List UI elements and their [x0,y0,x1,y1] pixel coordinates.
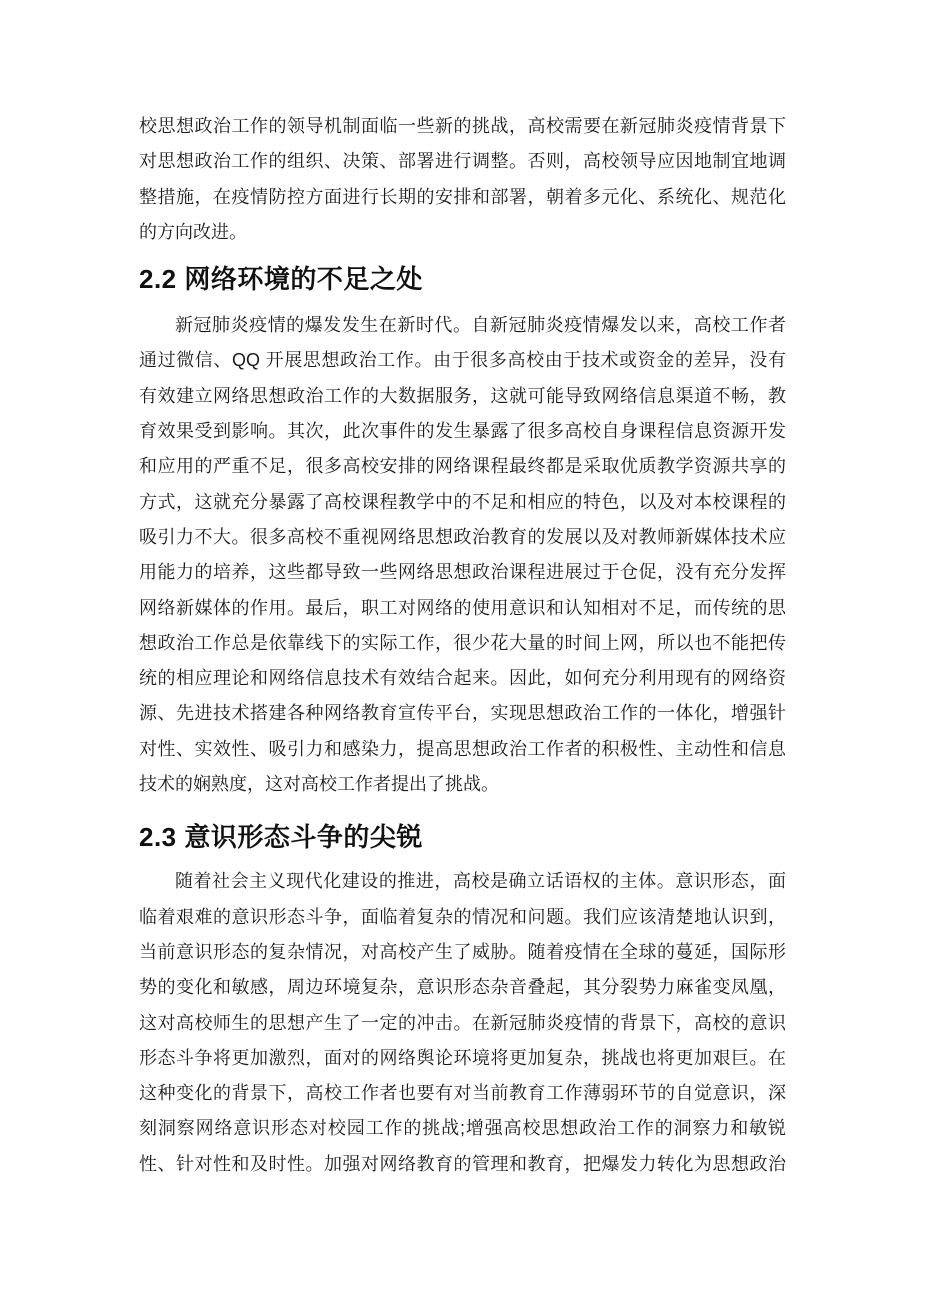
text-line: 技术的娴熟度，这对高校工作者提出了挑战。 [139,767,786,802]
document-page: 校思想政治工作的领导机制面临一些新的挑战，高校需要在新冠肺炎疫情背景下对思想政治… [0,0,925,1308]
text-line: 通过微信、QQ 开展思想政治工作。由于很多高校由于技术或资金的差异，没有 [139,343,786,378]
text-line: 这对高校师生的思想产生了一定的冲击。在新冠肺炎疫情的背景下，高校的意识 [139,1006,786,1041]
text-line: 临着艰难的意识形态斗争，面临着复杂的情况和问题。我们应该清楚地认识到， [139,900,786,935]
text-line: 统的相应理论和网络信息技术有效结合起来。因此，如何充分利用现有的网络资 [139,661,786,696]
text-line: 新冠肺炎疫情的爆发发生在新时代。自新冠肺炎疫情爆发以来，高校工作者 [139,308,786,343]
text-line: 方式，这就充分暴露了高校课程教学中的不足和相应的特色，以及对本校课程的 [139,485,786,520]
heading-2-3-ideology-struggle: 2.3 意识形态斗争的尖锐 [139,815,786,859]
text-line: 源、先进技术搭建各种网络教育宣传平台，实现思想政治工作的一体化，增强针 [139,696,786,731]
text-line: 性、针对性和及时性。加强对网络教育的管理和教育，把爆发力转化为思想政治 [139,1147,786,1182]
paragraph-ideology-struggle: 随着社会主义现代化建设的推进，高校是确立话语权的主体。意识形态，面临着艰难的意识… [139,864,786,1182]
text-line: 随着社会主义现代化建设的推进，高校是确立话语权的主体。意识形态，面 [139,864,786,899]
text-line: 当前意识形态的复杂情况，对高校产生了威胁。随着疫情在全球的蔓延，国际形 [139,935,786,970]
text-line: 的方向改进。 [139,215,786,250]
text-line: 网络新媒体的作用。最后，职工对网络的使用意识和认知相对不足，而传统的思 [139,591,786,626]
text-line: 势的变化和敏感，周边环境复杂，意识形态杂音叠起，其分裂势力麻雀变凤凰， [139,970,786,1005]
paragraph-leadership-adjustment: 校思想政治工作的领导机制面临一些新的挑战，高校需要在新冠肺炎疫情背景下对思想政治… [139,109,786,250]
text-line: 校思想政治工作的领导机制面临一些新的挑战，高校需要在新冠肺炎疫情背景下 [139,109,786,144]
text-line: 整措施，在疫情防控方面进行长期的安排和部署，朝着多元化、系统化、规范化 [139,180,786,215]
text-line: 这种变化的背景下，高校工作者也要有对当前教育工作薄弱环节的自觉意识，深 [139,1076,786,1111]
text-line: 和应用的严重不足，很多高校安排的网络课程最终都是采取优质教学资源共享的 [139,449,786,484]
text-line: 形态斗争将更加激烈，面对的网络舆论环境将更加复杂，挑战也将更加艰巨。在 [139,1041,786,1076]
text-line: 对思想政治工作的组织、决策、部署进行调整。否则，高校领导应因地制宜地调 [139,144,786,179]
text-line: 想政治工作总是依靠线下的实际工作，很少花大量的时间上网，所以也不能把传 [139,626,786,661]
text-line: 刻洞察网络意识形态对校园工作的挑战;增强高校思想政治工作的洞察力和敏锐 [139,1111,786,1146]
text-line: 有效建立网络思想政治工作的大数据服务，这就可能导致网络信息渠道不畅，教 [139,379,786,414]
text-line: 育效果受到影响。其次，此次事件的发生暴露了很多高校自身课程信息资源开发 [139,414,786,449]
text-line: 对性、实效性、吸引力和感染力，提高思想政治工作者的积极性、主动性和信息 [139,732,786,767]
text-line: 用能力的培养，这些都导致一些网络思想政治课程进展过于仓促，没有充分发挥 [139,555,786,590]
paragraph-network-environment-shortcomings: 新冠肺炎疫情的爆发发生在新时代。自新冠肺炎疫情爆发以来，高校工作者通过微信、QQ… [139,308,786,802]
text-line: 吸引力不大。很多高校不重视网络思想政治教育的发展以及对教师新媒体技术应 [139,520,786,555]
heading-2-2-network-environment: 2.2 网络环境的不足之处 [139,257,786,301]
